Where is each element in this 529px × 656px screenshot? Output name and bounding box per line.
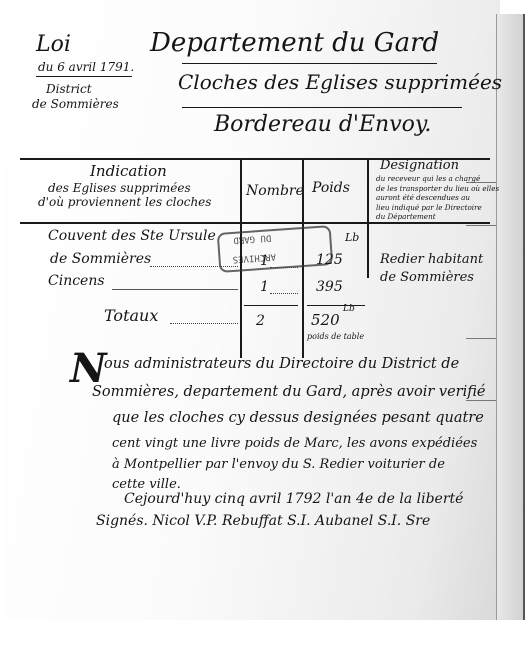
row-2-church: Cincens [48, 273, 105, 289]
loi-date: du 6 avril 1791. [38, 60, 134, 74]
leader-dots [270, 292, 298, 294]
district-label: District [46, 82, 92, 96]
certification-line: Sommières, departement du Gard, après av… [92, 384, 486, 400]
column-header-designation-note: du receveur qui les a chargé de les tran… [376, 174, 499, 222]
poids-unit: Lb [343, 304, 355, 314]
table-header-rule [20, 222, 490, 224]
row-1-poids: 125 [316, 252, 343, 268]
signatures-line: Signés. Nicol V.P. Rebuffat S.I. Aubanel… [96, 513, 430, 529]
column-header-designation: Designation [380, 158, 459, 173]
row-2-poids: 395 [316, 279, 343, 295]
divider [36, 76, 132, 77]
certification-line: cent vingt une livre poids de Marc, les … [112, 436, 477, 451]
department-title: Departement du Gard [150, 28, 439, 58]
underlying-page-edge [496, 14, 525, 620]
leader-line [112, 289, 238, 290]
row-2-nombre: 1 [260, 279, 269, 295]
column-header-indication-sub: d'où proviennent les cloches [38, 195, 211, 209]
sum-rule [307, 305, 365, 306]
column-header-poids: Poids [312, 180, 350, 196]
designation-value-place: de Sommières [380, 270, 474, 285]
loi-title: Loi [36, 32, 71, 57]
certification-line: à Montpellier par l'envoy du S. Redier v… [112, 457, 445, 472]
certification-line: que les cloches cy dessus designées pesa… [112, 410, 484, 426]
date-line: Cejourd'huy cinq avril 1792 l'an 4e de l… [124, 491, 463, 507]
total-nombre: 2 [256, 313, 265, 329]
sum-rule [244, 305, 298, 306]
leader-dots [270, 266, 298, 268]
row-1-church: Couvent des Ste Ursule [48, 228, 216, 244]
leader-dots [170, 322, 238, 324]
underlying-rule [466, 225, 496, 226]
underlying-rule [466, 338, 496, 339]
district-name: de Sommières [32, 97, 119, 111]
row-1-nombre: 1 [260, 253, 269, 269]
total-poids: 520 [311, 311, 340, 329]
leader-dots [150, 265, 238, 267]
column-header-indication: Indication [90, 162, 167, 180]
column-header-indication-sub: des Eglises supprimées [48, 181, 191, 195]
divider [182, 63, 437, 64]
poids-note: poids de table [307, 332, 364, 341]
row-1-church-place: de Sommières [50, 251, 151, 267]
certification-line: cette ville. [112, 477, 181, 492]
column-divider [367, 158, 369, 278]
designation-value: Redier habitant [380, 252, 483, 267]
column-header-nombre: Nombre [246, 183, 304, 199]
divider [182, 107, 462, 108]
stamp-text: DU GARD [233, 232, 272, 245]
poids-unit: Lb [345, 231, 359, 244]
totals-label: Totaux [104, 306, 158, 325]
stamp-text: ARCHIVES [232, 251, 276, 264]
underlying-rule [466, 400, 496, 401]
certification-line: ous administrateurs du Directoire du Dis… [104, 356, 459, 372]
subject-title: Cloches des Eglises supprimées [178, 70, 502, 94]
document-type-title: Bordereau d'Envoy. [214, 112, 431, 137]
